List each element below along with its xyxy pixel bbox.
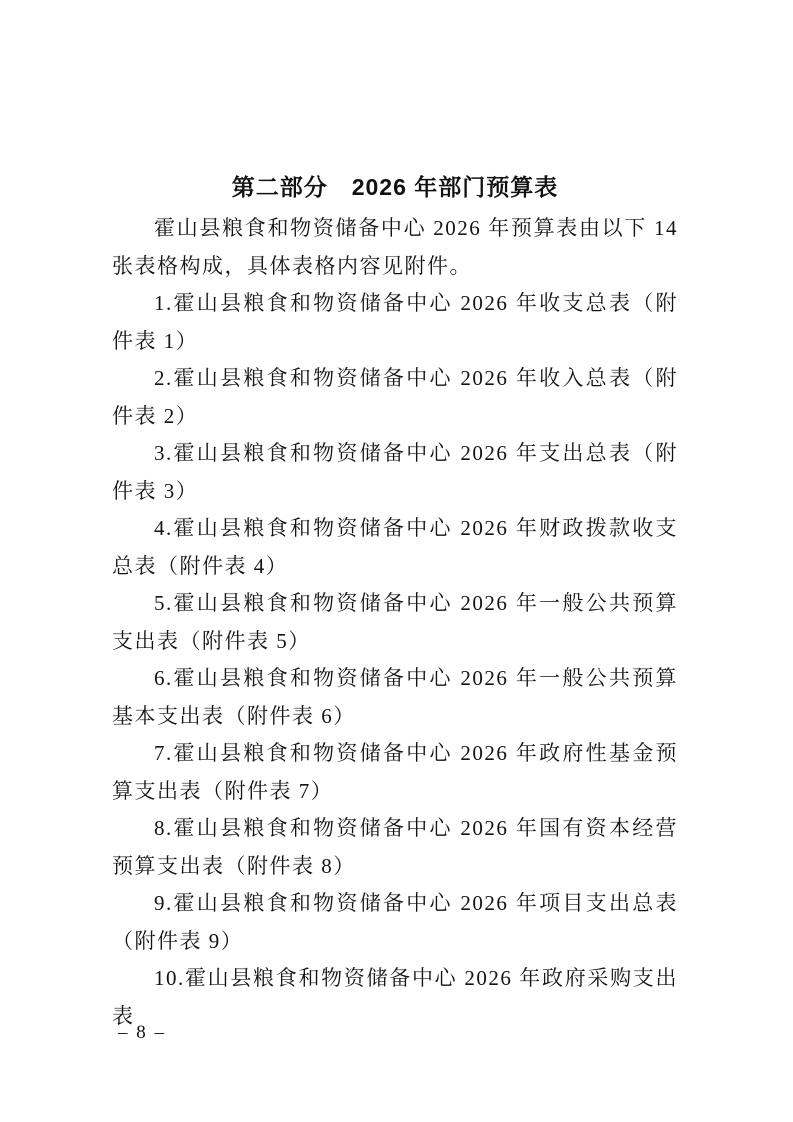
document-content: 第二部分 2026 年部门预算表 霍山县粮食和物资储备中心 2026 年预算表由… (112, 168, 678, 1035)
list-item-9: 9.霍山县粮食和物资储备中心 2026 年项目支出总表（附件表 9） (112, 885, 678, 960)
list-item-8: 8.霍山县粮食和物资储备中心 2026 年国有资本经营预算支出表（附件表 8） (112, 810, 678, 885)
list-item-2: 2.霍山县粮食和物资储备中心 2026 年收入总表（附件表 2） (112, 360, 678, 435)
list-item-10: 10.霍山县粮食和物资储备中心 2026 年政府采购支出表 (112, 960, 678, 1035)
list-item-4: 4.霍山县粮食和物资储备中心 2026 年财政拨款收支总表（附件表 4） (112, 510, 678, 585)
list-item-6: 6.霍山县粮食和物资储备中心 2026 年一般公共预算基本支出表（附件表 6） (112, 660, 678, 735)
document-page: 第二部分 2026 年部门预算表 霍山县粮食和物资储备中心 2026 年预算表由… (0, 0, 793, 1122)
list-item-5: 5.霍山县粮食和物资储备中心 2026 年一般公共预算支出表（附件表 5） (112, 585, 678, 660)
page-number: – 8 – (118, 1018, 166, 1048)
list-item-7: 7.霍山县粮食和物资储备中心 2026 年政府性基金预算支出表（附件表 7） (112, 735, 678, 810)
list-item-1: 1.霍山县粮食和物资储备中心 2026 年收支总表（附件表 1） (112, 285, 678, 360)
list-item-3: 3.霍山县粮食和物资储备中心 2026 年支出总表（附件表 3） (112, 435, 678, 510)
intro-paragraph: 霍山县粮食和物资储备中心 2026 年预算表由以下 14 张表格构成，具体表格内… (112, 210, 678, 285)
page-title: 第二部分 2026 年部门预算表 (112, 168, 678, 206)
